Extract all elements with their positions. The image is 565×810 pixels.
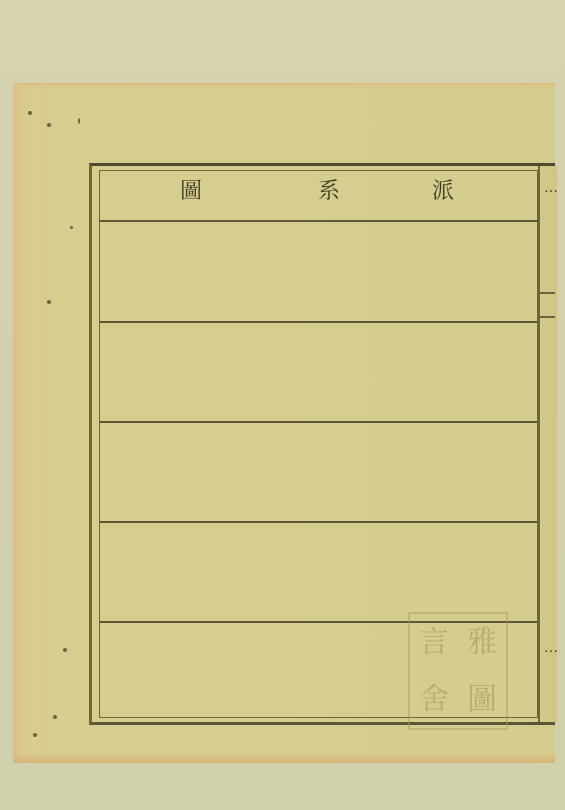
seal-char: 言 bbox=[410, 625, 458, 661]
wormhole-speck bbox=[70, 226, 73, 229]
spine-text-bottom: … bbox=[544, 640, 558, 656]
title-char-xi: 系 bbox=[318, 180, 340, 204]
wormhole-speck bbox=[63, 648, 67, 652]
page-left-edge bbox=[13, 83, 23, 763]
title-char-tu: 圖 bbox=[180, 180, 202, 204]
seal-char: 舍 bbox=[410, 682, 458, 718]
seal-char: 雅 bbox=[458, 625, 506, 661]
wormhole-speck bbox=[78, 118, 80, 124]
spine-fishtail-mark bbox=[538, 292, 555, 318]
collector-seal: 言 雅 舍 圖 bbox=[408, 612, 508, 730]
wormhole-speck bbox=[47, 300, 51, 304]
row-divider-1 bbox=[100, 321, 537, 323]
spine-text-top: … bbox=[544, 180, 558, 196]
page-spine-column bbox=[538, 166, 557, 722]
title-char-pai: 派 bbox=[432, 180, 454, 204]
wormhole-speck bbox=[47, 123, 51, 127]
row-divider-2 bbox=[100, 421, 537, 423]
wormhole-speck bbox=[28, 111, 32, 115]
seal-char: 圖 bbox=[458, 682, 506, 718]
row-divider-3 bbox=[100, 521, 537, 523]
wormhole-speck bbox=[33, 733, 37, 737]
wormhole-speck bbox=[53, 715, 57, 719]
